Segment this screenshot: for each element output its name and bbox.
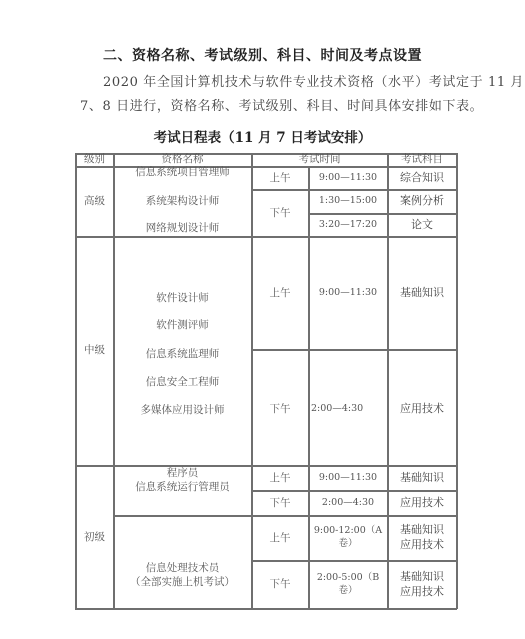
header-exam-time: 考试时间	[252, 153, 387, 166]
qualification-name: 信息系统运行管理员	[114, 480, 251, 494]
table-border-bottom	[75, 608, 457, 610]
period-afternoon: 下午	[252, 401, 308, 417]
level-intermediate: 中级	[76, 342, 113, 358]
exam-subject: 应用技术	[388, 491, 456, 515]
period-afternoon: 下午	[252, 561, 308, 608]
qualification-name: 信息系统监理师	[114, 347, 251, 361]
exam-time: 2:00-5:00（B 卷）	[309, 561, 387, 608]
exam-subject-line: 应用技术	[400, 585, 444, 600]
table-title: 考试日程表（11 月 7 日考试安排）	[0, 126, 525, 146]
exam-time: 9:00—11:30	[309, 167, 387, 189]
group-divider-senior-mid	[75, 236, 457, 238]
qualification-note: （全部实施上机考试）	[114, 575, 251, 589]
exam-subject: 案例分析	[388, 190, 456, 213]
level-senior: 高级	[76, 167, 113, 236]
qualification-name: 程序员	[114, 466, 251, 480]
table-border-right	[456, 153, 458, 609]
section-heading: 二、资格名称、考试级别、科目、时间及考点设置	[103, 45, 422, 65]
period-morning: 上午	[252, 466, 308, 490]
exam-subject-line: 基础知识	[400, 570, 444, 585]
exam-subject-line: 基础知识	[400, 523, 444, 538]
exam-time: 3:20—17:20	[309, 214, 387, 236]
exam-subject: 基础知识	[388, 285, 456, 301]
qualification-name: 系统架构设计师	[114, 194, 251, 208]
qualification-name: 多媒体应用设计师	[114, 403, 251, 417]
qualification-name: 软件设计师	[114, 291, 251, 305]
period-morning: 上午	[252, 167, 308, 189]
header-exam-subject: 考试科目	[388, 153, 456, 166]
exam-subject: 基础知识 应用技术	[388, 561, 456, 608]
period-afternoon: 下午	[252, 491, 308, 515]
exam-time: 2:00—4:30	[309, 401, 387, 417]
qualification-name: 软件测评师	[114, 318, 251, 332]
exam-time: 9:00-12:00（A 卷）	[309, 516, 387, 560]
exam-time: 9:00—11:30	[309, 466, 387, 490]
period-morning: 上午	[252, 516, 308, 560]
exam-subject: 应用技术	[388, 401, 456, 417]
level-junior: 初级	[76, 529, 113, 545]
intro-paragraph-line-2: 7、8 日进行，资格名称、考试级别、科目、时间具体安排如下表。	[80, 95, 483, 114]
qualification-name: 信息系统项目管理师	[114, 165, 251, 179]
exam-time: 2:00—4:30	[309, 491, 387, 515]
exam-subject: 基础知识	[388, 466, 456, 490]
exam-subject-line: 应用技术	[400, 538, 444, 553]
intro-paragraph-line-1: 2020 年全国计算机技术与软件专业技术资格（水平）考试定于 11 月	[103, 71, 524, 90]
qualification-name: 信息安全工程师	[114, 375, 251, 389]
row-divider-mid-1	[251, 349, 457, 351]
exam-time: 1:30—15:00	[309, 190, 387, 213]
exam-time: 9:00—11:30	[309, 285, 387, 301]
period-morning: 上午	[252, 285, 308, 301]
qualification-name: 信息处理技术员	[114, 561, 251, 575]
exam-subject: 综合知识	[388, 167, 456, 189]
header-level: 级别	[76, 153, 113, 166]
qualification-name: 网络规划设计师	[114, 221, 251, 235]
period-afternoon: 下午	[252, 190, 308, 236]
exam-subject: 论文	[388, 214, 456, 236]
exam-subject: 基础知识 应用技术	[388, 516, 456, 560]
